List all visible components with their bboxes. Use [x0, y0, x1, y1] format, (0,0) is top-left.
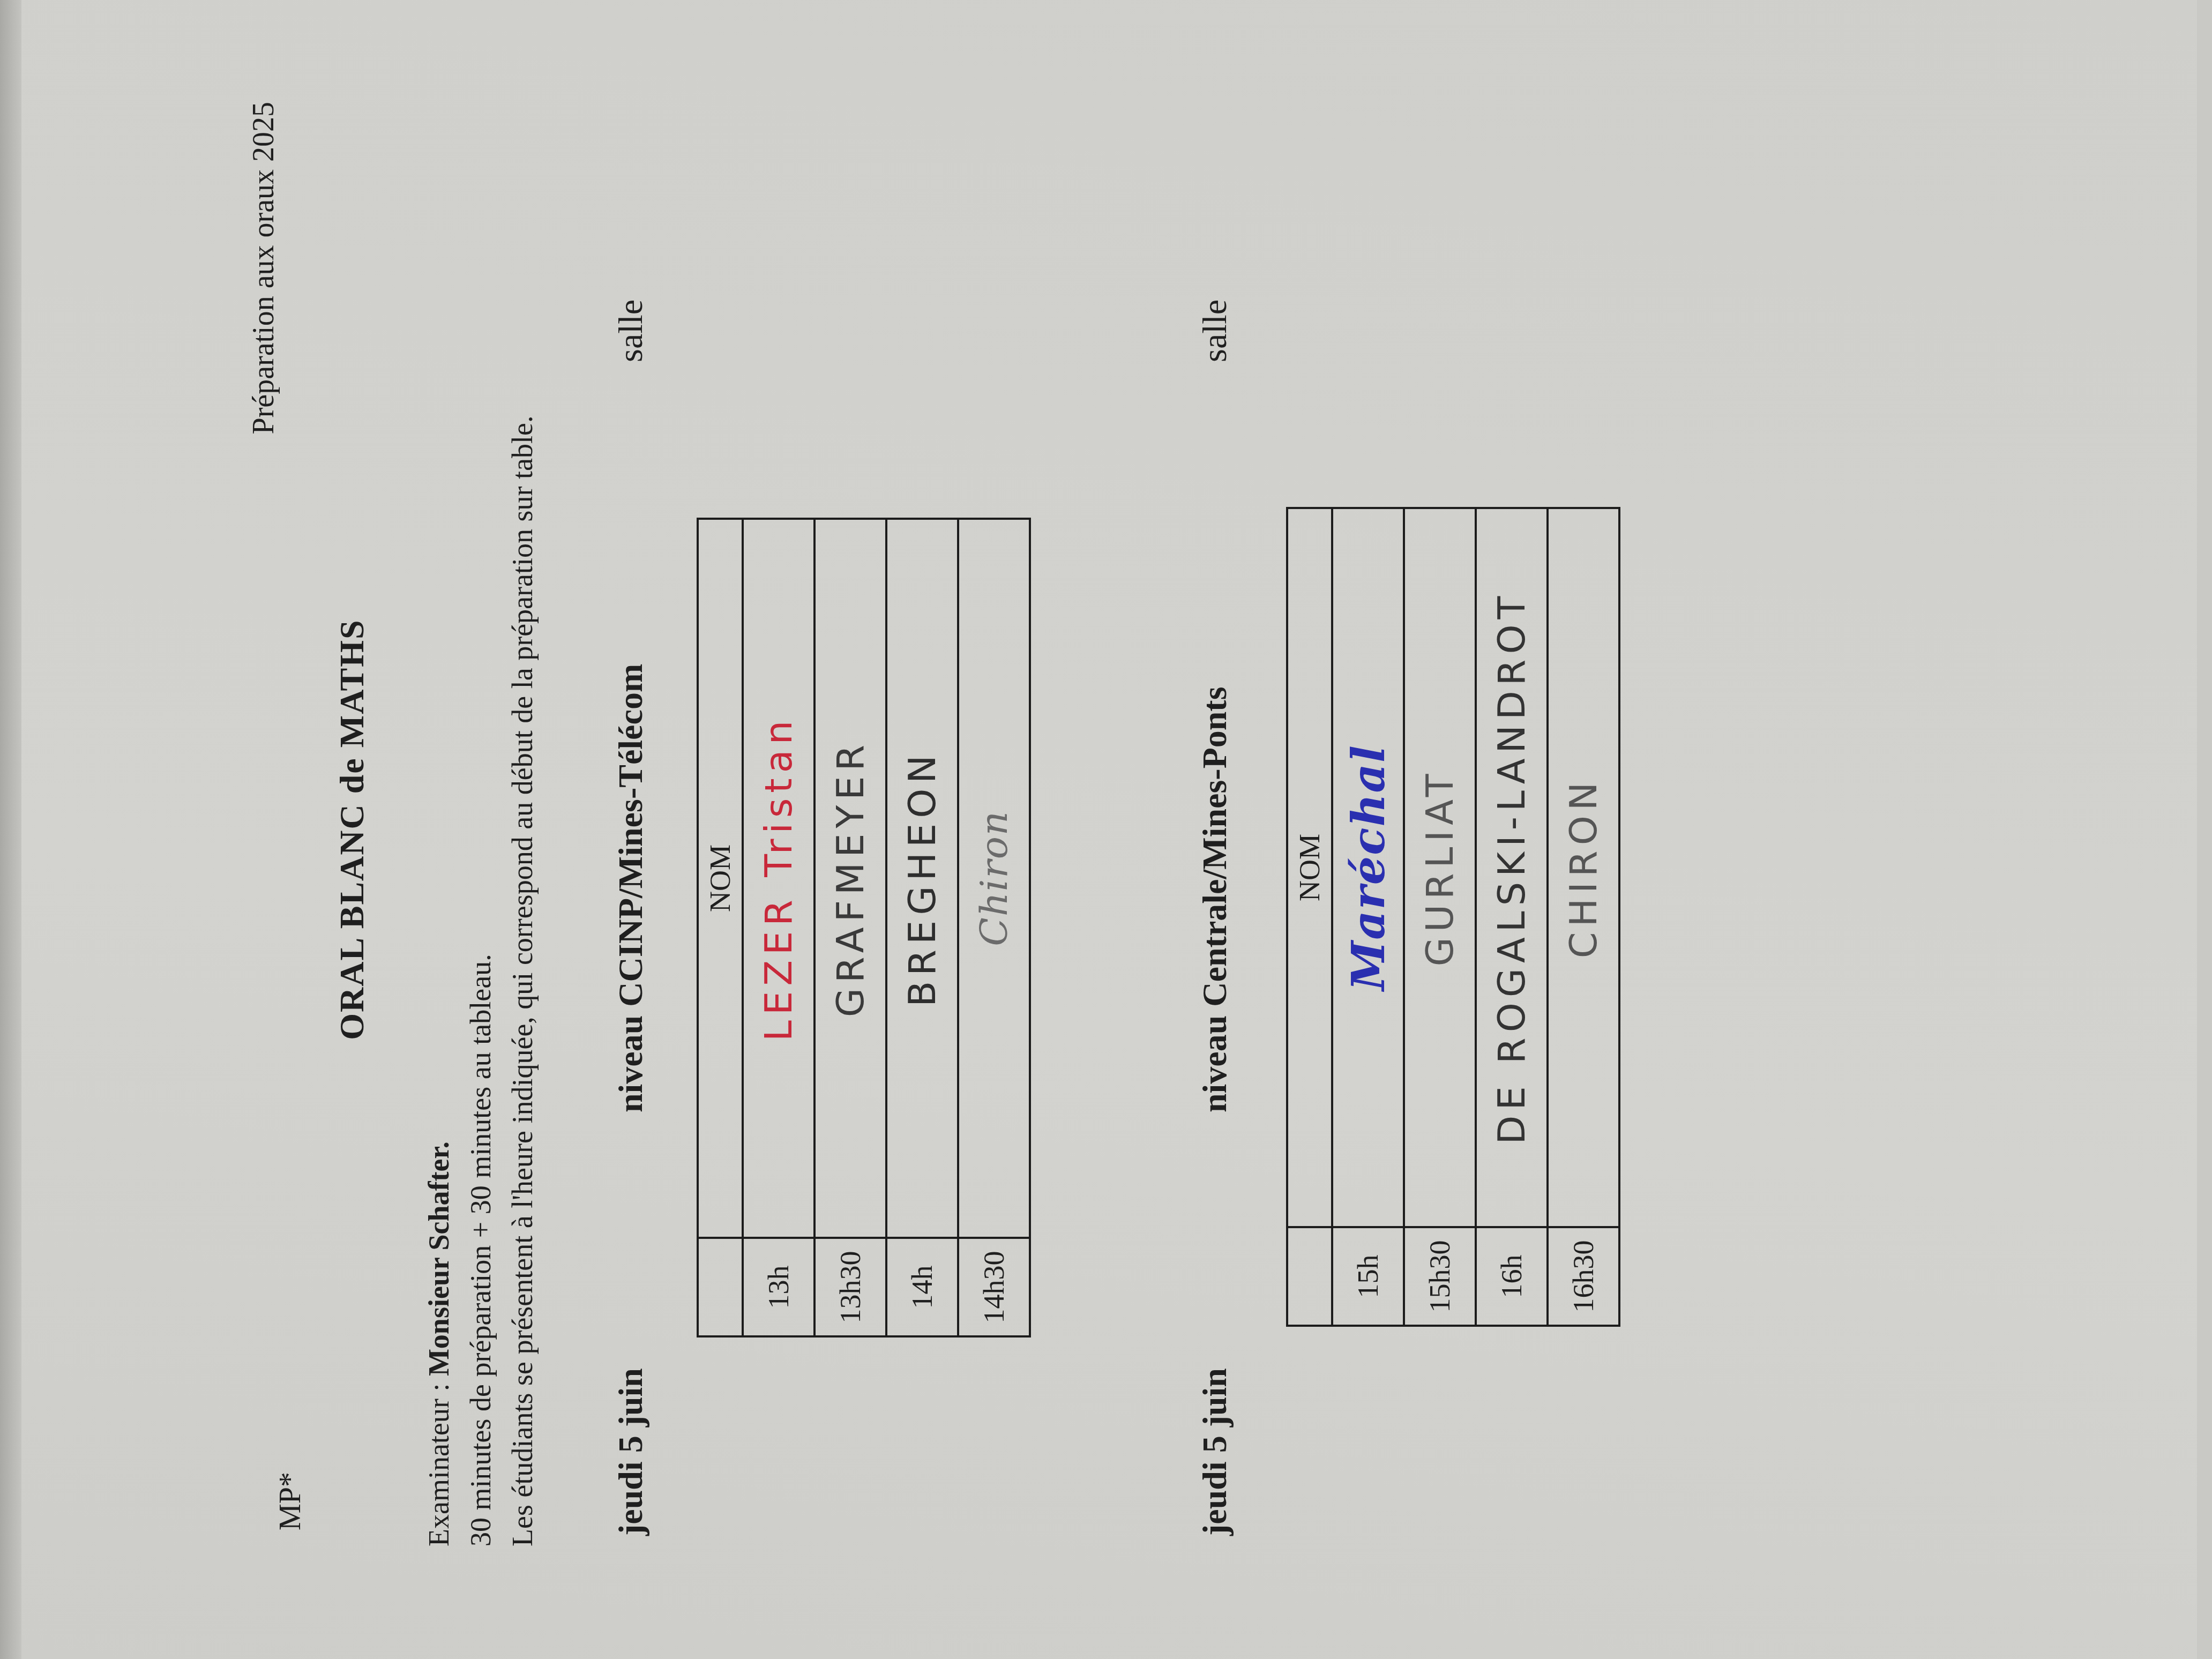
slot-time: 16h30	[1548, 1227, 1619, 1326]
student-name: GRAFMEYER	[814, 519, 886, 1238]
table-row: 15h Maréchal	[1332, 508, 1404, 1326]
student-name: CHIRON	[1548, 508, 1619, 1227]
table-header-row: NOM	[1287, 508, 1332, 1326]
table-row: 14h BREGHEON	[886, 519, 958, 1336]
student-name: BREGHEON	[886, 519, 958, 1238]
student-name: DE ROGALSKI-LANDROT	[1476, 508, 1548, 1227]
session-room: salle	[1195, 300, 1235, 362]
examiner-prefix: Examinateur :	[423, 1384, 455, 1546]
duration-line: 30 minutes de préparation + 30 minutes a…	[460, 416, 502, 1546]
name-header: NOM	[698, 519, 743, 1238]
time-header	[1287, 1227, 1332, 1326]
examiner-name: Monsieur Schafter.	[423, 1141, 455, 1376]
slot-time: 15h	[1332, 1227, 1404, 1326]
arrival-line: Les étudiants se présentent à l'heure in…	[502, 416, 543, 1546]
slot-time: 14h30	[958, 1238, 1030, 1336]
student-name: LEZER Tristan	[743, 519, 814, 1238]
page-edge-shadow	[0, 0, 21, 1659]
class-label: MP*	[273, 1472, 308, 1530]
session-room: salle	[611, 300, 651, 362]
table-header-row: NOM	[698, 519, 743, 1336]
slot-time: 16h	[1476, 1227, 1548, 1326]
student-name: Chiron	[958, 519, 1030, 1238]
session-level: niveau Centrale/Mines-Ponts	[1195, 686, 1235, 1112]
session-date: jeudi 5 juin	[1195, 1368, 1234, 1536]
slot-time: 13h30	[814, 1238, 886, 1336]
document-title: ORAL BLANC de MATHS	[332, 0, 372, 1659]
name-header: NOM	[1287, 508, 1332, 1227]
table-row: 16h30 CHIRON	[1548, 508, 1619, 1326]
session-date: jeudi 5 juin	[611, 1368, 649, 1536]
student-name: Maréchal	[1332, 508, 1404, 1227]
slot-time: 13h	[743, 1238, 814, 1336]
slot-time: 15h30	[1404, 1227, 1476, 1326]
examiner-line: Examinateur : Monsieur Schafter.	[418, 416, 460, 1546]
session-2-table: NOM 15h Maréchal 15h30 GURLIAT 16h DE RO…	[1286, 507, 1620, 1327]
table-row: 13h30 GRAFMEYER	[814, 519, 886, 1336]
exam-info: Examinateur : Monsieur Schafter. 30 minu…	[418, 416, 543, 1546]
table-row: 16h DE ROGALSKI-LANDROT	[1476, 508, 1548, 1326]
program-label: Préparation aux oraux 2025	[246, 102, 281, 434]
document-page: MP* Préparation aux oraux 2025 ORAL BLAN…	[21, 0, 2197, 1659]
table-row: 15h30 GURLIAT	[1404, 508, 1476, 1326]
session-1-header: jeudi 5 juin niveau CCINP/Mines-Télécom …	[611, 1368, 651, 1536]
slot-time: 14h	[886, 1238, 958, 1336]
session-level: niveau CCINP/Mines-Télécom	[611, 664, 651, 1112]
session-1-table: NOM 13h LEZER Tristan 13h30 GRAFMEYER 14…	[697, 518, 1031, 1337]
time-header	[698, 1238, 743, 1336]
student-name: GURLIAT	[1404, 508, 1476, 1227]
table-row: 13h LEZER Tristan	[743, 519, 814, 1336]
session-2-header: jeudi 5 juin niveau Centrale/Mines-Ponts…	[1195, 1368, 1235, 1536]
table-row: 14h30 Chiron	[958, 519, 1030, 1336]
